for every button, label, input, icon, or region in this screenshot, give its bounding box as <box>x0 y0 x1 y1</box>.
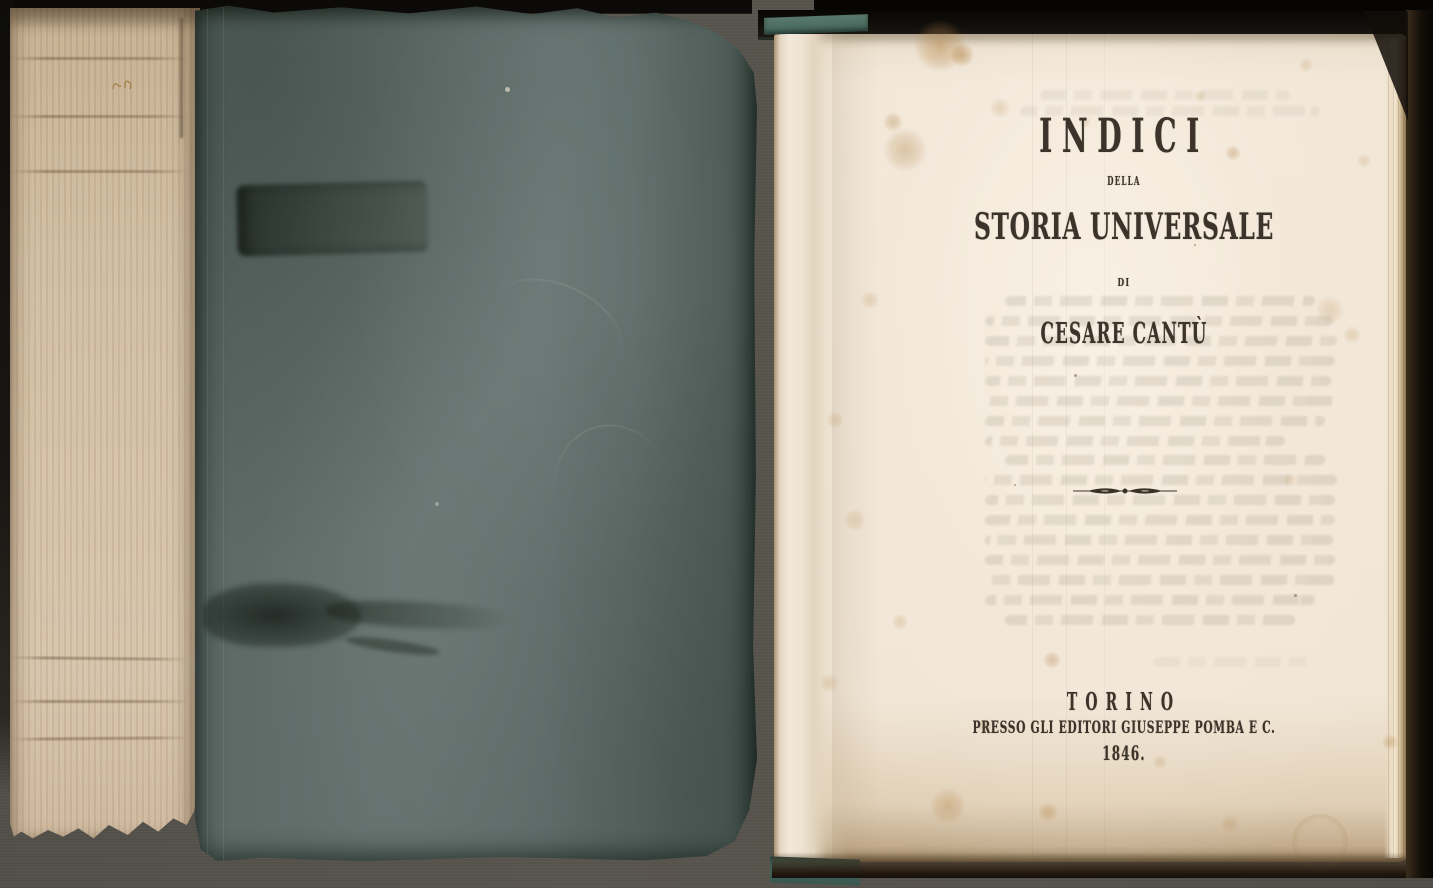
ghost-text-line <box>984 535 1333 545</box>
imprint-city: TORINO <box>985 690 1263 714</box>
author-name: CESARE CANTÙ <box>985 319 1263 348</box>
ghost-text-line <box>984 356 1335 366</box>
cover-speck <box>435 502 439 506</box>
spine-crease <box>10 656 189 661</box>
photo-collage: INDICI DELLA STORIA UNIVERSALE DI CESARE… <box>0 0 1433 888</box>
cover-crease-line <box>207 4 208 862</box>
spine-crease <box>10 57 189 60</box>
book-cover-photo <box>0 0 772 888</box>
cover-board-edge-top <box>764 14 868 35</box>
ghost-text-line <box>984 376 1331 386</box>
spine-crease <box>10 115 189 118</box>
spine-crack <box>180 18 183 138</box>
foxing-spot <box>883 112 903 132</box>
book-spine <box>10 8 200 840</box>
cover-stain-tail <box>345 633 441 658</box>
ghost-text-line <box>1004 455 1325 465</box>
spine-crease <box>10 170 189 173</box>
foxing-spot <box>1343 326 1361 344</box>
foxing-spot <box>930 788 966 824</box>
ghost-text-line <box>984 595 1315 605</box>
spine-crease <box>10 736 189 741</box>
title-page: INDICI DELLA STORIA UNIVERSALE DI CESARE… <box>774 34 1408 862</box>
ghost-text-line <box>984 396 1335 406</box>
book-bottom-edge-shadow <box>772 852 1412 878</box>
ghost-text-line <box>1004 296 1315 306</box>
foxing-spot <box>1038 802 1058 822</box>
ink-speck <box>1294 594 1297 597</box>
foxing-spot <box>1194 90 1206 102</box>
foxing-spot <box>892 614 908 630</box>
foxing-spot <box>844 509 866 531</box>
page-gutter-shadow-soft <box>832 34 892 862</box>
foxing-spot <box>1283 473 1297 487</box>
foxing-spot <box>1043 651 1061 669</box>
foxing-spot <box>1299 58 1313 72</box>
ghost-text-line <box>984 436 1285 446</box>
foxing-spot <box>1316 296 1344 324</box>
cover-scratch <box>473 259 638 399</box>
title-connector: DELLA <box>980 175 1268 187</box>
spine-inscription-mark-icon <box>110 76 138 94</box>
ghost-text-line <box>984 575 1335 585</box>
ghost-text-line <box>984 416 1325 426</box>
work-title: STORIA UNIVERSALE <box>968 209 1280 245</box>
ink-speck <box>1074 374 1077 377</box>
cover-speck <box>505 87 510 92</box>
author-connector: DI <box>956 277 1292 288</box>
imprint-publisher: PRESSO GLI EDITORI GIUSEPPE POMBA E C. <box>968 720 1280 737</box>
foxing-spot <box>820 674 838 692</box>
ghost-text-line <box>984 555 1335 565</box>
ghost-text-line <box>1153 657 1314 667</box>
foxing-spot <box>950 43 974 67</box>
spine-crease <box>10 700 189 703</box>
foxing-spot <box>1382 734 1398 750</box>
foxing-spot <box>883 128 927 172</box>
ghost-text-line <box>1004 615 1295 625</box>
foxing-spot <box>861 291 879 309</box>
foxing-spot <box>1357 154 1371 168</box>
foxing-spot <box>1221 815 1239 833</box>
foxing-spot <box>827 412 843 428</box>
title-page-photo: INDICI DELLA STORIA UNIVERSALE DI CESARE… <box>752 0 1433 888</box>
ink-speck <box>1014 484 1016 486</box>
cover-scratch <box>536 409 694 580</box>
photo-right-edge-shadow <box>1406 10 1433 878</box>
cover-crease-line <box>223 4 224 862</box>
book-front-cover <box>195 4 757 862</box>
ghost-text-line <box>984 515 1335 525</box>
fleuron-divider-icon <box>1072 485 1178 497</box>
cover-tape-stain-top <box>236 181 429 257</box>
imprint-year: 1846. <box>980 743 1268 763</box>
ghost-text-line <box>1039 90 1290 100</box>
book-title: INDICI <box>980 113 1268 160</box>
